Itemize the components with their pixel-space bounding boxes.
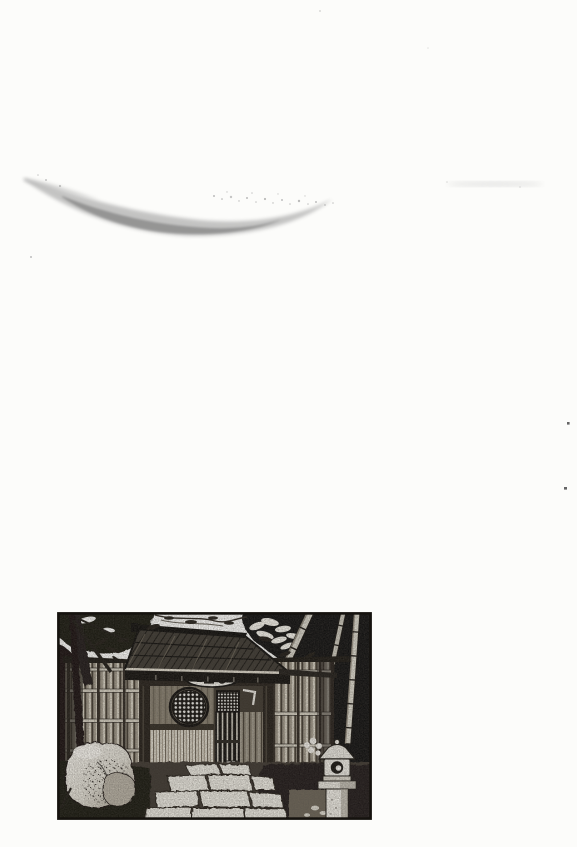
gate-illustration	[57, 612, 372, 820]
scanned-page	[0, 0, 577, 847]
scan-grain	[60, 615, 370, 818]
faint-right-streak	[446, 181, 543, 188]
pencil-smudge	[24, 174, 543, 236]
scan-specks	[30, 10, 570, 490]
